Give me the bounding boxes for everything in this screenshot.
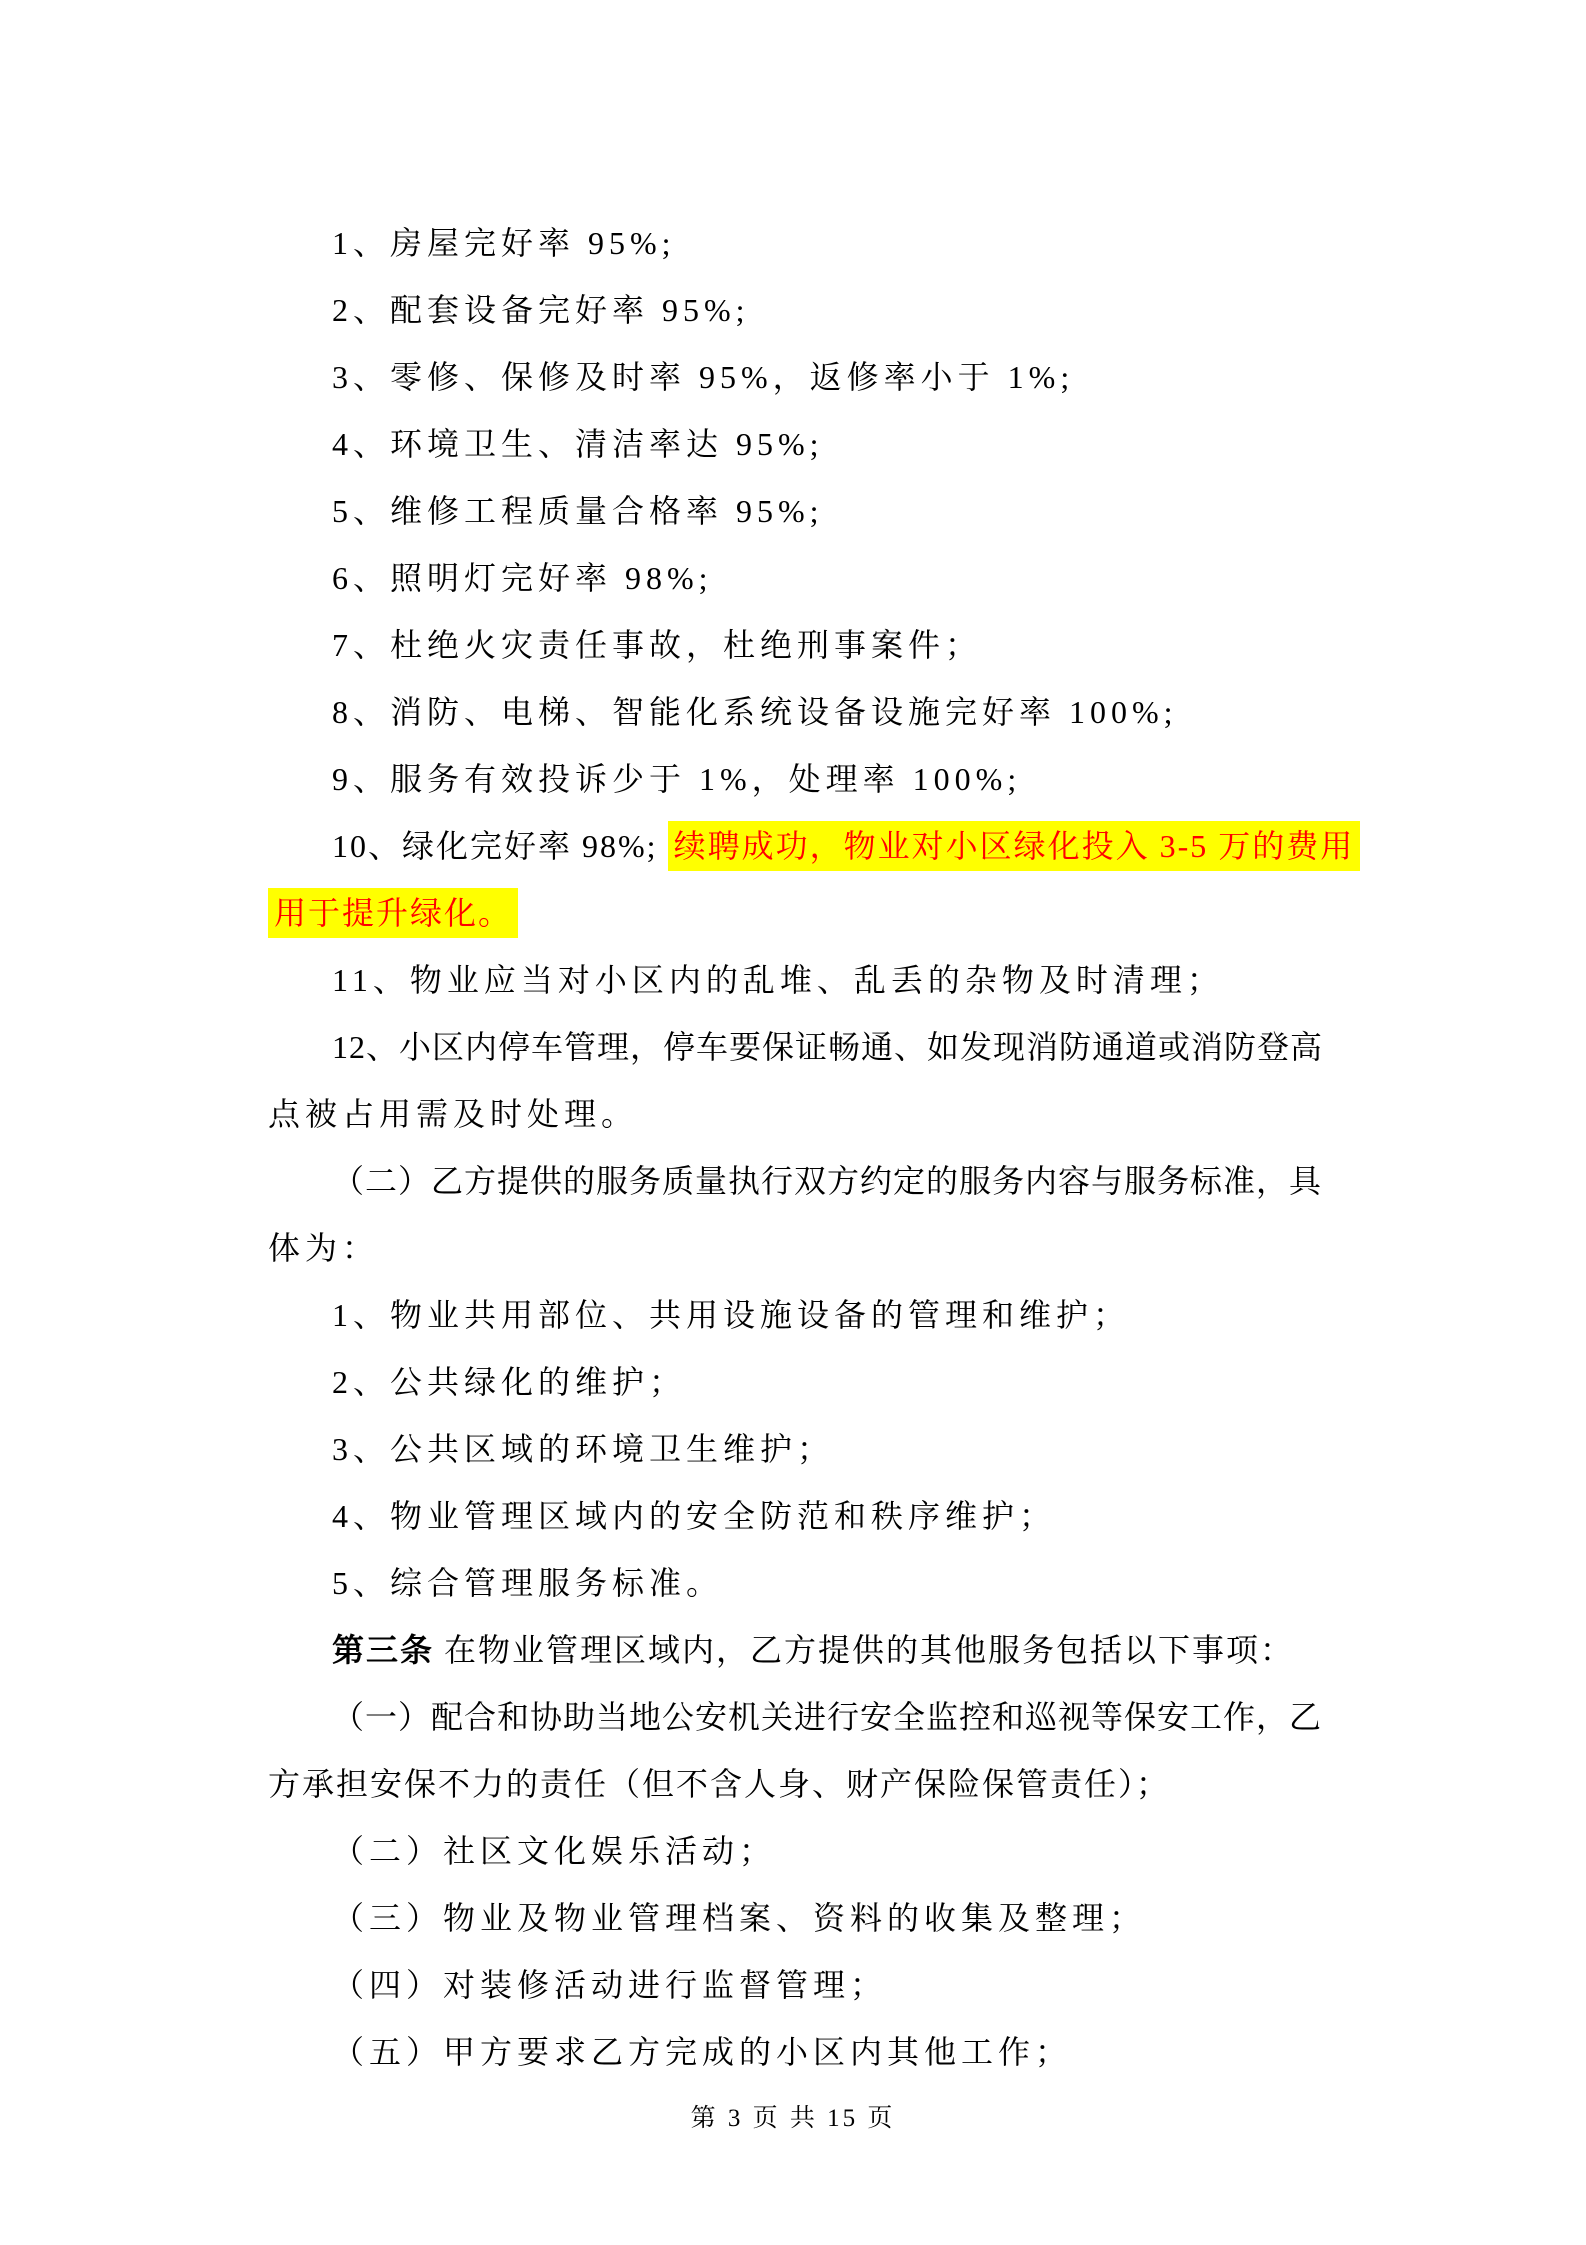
text-segment: （二）社区文化娱乐活动； [332,1833,776,1869]
text-line: 4、环境卫生、清洁率达 95%; [268,411,1363,478]
text-line: 体为： [268,1215,1363,1282]
text-line: 3、公共区域的环境卫生维护； [268,1416,1363,1483]
text-line: 6、照明灯完好率 98%; [268,545,1363,612]
text-line: （一）配合和协助当地公安机关进行安全监控和巡视等保安工作，乙 [268,1684,1363,1751]
text-line: （二）乙方提供的服务质量执行双方约定的服务内容与服务标准，具 [268,1148,1363,1215]
text-line: 方承担安保不力的责任（但不含人身、财产保险保管责任）； [268,1751,1363,1818]
highlighted-text: 用于提升绿化。 [268,888,518,938]
text-line: （四）对装修活动进行监督管理； [268,1952,1363,2019]
text-line: 1、房屋完好率 95%; [268,210,1363,277]
text-line: 点被占用需及时处理。 [268,1081,1363,1148]
text-line: 4、物业管理区域内的安全防范和秩序维护； [268,1483,1363,1550]
text-line: 12、小区内停车管理，停车要保证畅通、如发现消防通道或消防登高 [268,1014,1363,1081]
text-line: 9、服务有效投诉少于 1%，处理率 100%; [268,746,1363,813]
text-segment: 第三条 [332,1632,434,1668]
document-body: 1、房屋完好率 95%;2、配套设备完好率 95%;3、零修、保修及时率 95%… [268,210,1363,2086]
text-line: （二）社区文化娱乐活动； [268,1818,1363,1885]
text-segment: 8、消防、电梯、智能化系统设备设施完好率 100%; [332,694,1178,730]
text-line: 2、配套设备完好率 95%; [268,277,1363,344]
text-line: 7、杜绝火灾责任事故，杜绝刑事案件； [268,612,1363,679]
text-segment: 3、公共区域的环境卫生维护； [332,1431,834,1467]
highlighted-text: 续聘成功，物业对小区绿化投入 3-5 万的费用 [668,821,1361,871]
text-line: 5、维修工程质量合格率 95%; [268,478,1363,545]
text-line: 3、零修、保修及时率 95%，返修率小于 1%; [268,344,1363,411]
text-line: （三）物业及物业管理档案、资料的收集及整理； [268,1885,1363,1952]
text-segment: 10、绿化完好率 98%; [332,828,668,864]
text-segment: （三）物业及物业管理档案、资料的收集及整理； [332,1900,1146,1936]
text-segment: 在物业管理区域内，乙方提供的其他服务包括以下事项： [434,1632,1294,1668]
text-segment: 6、照明灯完好率 98%; [332,560,713,596]
text-segment: 5、维修工程质量合格率 95%; [332,493,824,529]
document-page: { "document": { "colors": { "body_text":… [0,0,1586,2245]
text-line: （五）甲方要求乙方完成的小区内其他工作； [268,2019,1363,2086]
text-segment: （五）甲方要求乙方完成的小区内其他工作； [332,2034,1072,2070]
text-segment: 7、杜绝火灾责任事故，杜绝刑事案件； [332,627,982,663]
text-segment: （一）配合和协助当地公安机关进行安全监控和巡视等保安工作，乙 [332,1699,1322,1735]
text-segment: 1、物业共用部位、共用设施设备的管理和维护； [332,1297,1130,1333]
text-line: 2、公共绿化的维护； [268,1349,1363,1416]
text-segment: 2、公共绿化的维护； [332,1364,686,1400]
text-line: 10、绿化完好率 98%; 续聘成功，物业对小区绿化投入 3-5 万的费用 [268,813,1363,880]
text-segment: 4、物业管理区域内的安全防范和秩序维护； [332,1498,1056,1534]
text-segment: 12、小区内停车管理，停车要保证畅通、如发现消防通道或消防登高 [332,1029,1323,1065]
text-line: 1、物业共用部位、共用设施设备的管理和维护； [268,1282,1363,1349]
text-segment: 方承担安保不力的责任（但不含人身、财产保险保管责任）； [268,1766,1170,1802]
text-segment: 4、环境卫生、清洁率达 95%; [332,426,824,462]
text-line: 5、综合管理服务标准。 [268,1550,1363,1617]
text-line: 第三条 在物业管理区域内，乙方提供的其他服务包括以下事项： [268,1617,1363,1684]
text-segment: 11、物业应当对小区内的乱堆、乱丢的杂物及时清理； [332,962,1224,998]
text-line: 用于提升绿化。 [268,880,1363,947]
text-segment: 点被占用需及时处理。 [268,1096,638,1132]
text-segment: 3、零修、保修及时率 95%，返修率小于 1%; [332,359,1074,395]
text-segment: 2、配套设备完好率 95%; [332,292,750,328]
text-line: 8、消防、电梯、智能化系统设备设施完好率 100%; [268,679,1363,746]
page-footer: 第 3 页 共 15 页 [0,2098,1586,2134]
text-segment: （四）对装修活动进行监督管理； [332,1967,887,2003]
text-segment: 体为： [268,1230,379,1266]
text-segment: 9、服务有效投诉少于 1%，处理率 100%; [332,761,1021,797]
text-segment: （二）乙方提供的服务质量执行双方约定的服务内容与服务标准，具 [332,1163,1322,1199]
text-segment: 1、房屋完好率 95%; [332,225,676,261]
text-segment: 5、综合管理服务标准。 [332,1565,723,1601]
text-line: 11、物业应当对小区内的乱堆、乱丢的杂物及时清理； [268,947,1363,1014]
